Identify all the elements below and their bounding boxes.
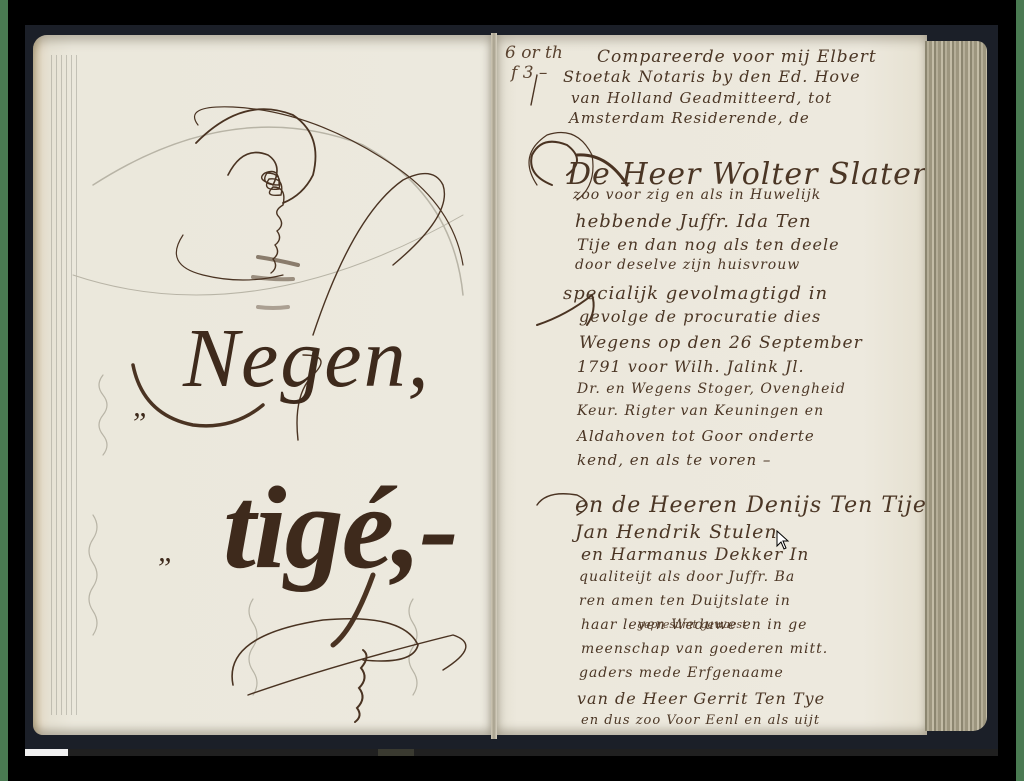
manuscript-line: Aldahoven tot Goor onderte: [577, 427, 815, 445]
manuscript-line: meenschap van goederen mitt.: [581, 641, 828, 657]
manuscript-line: gevolge de procuratie dies: [579, 307, 821, 326]
manuscript-line: Keur. Rigter van Keuningen en: [577, 403, 824, 419]
left-page: Negen, tigé,- „ „: [33, 35, 491, 735]
manuscript-line: Wegens op den 26 September: [579, 333, 863, 353]
thumbnail-strip[interactable]: [25, 749, 998, 756]
manuscript-line: Stoetak Notaris by den Ed. Hove: [563, 67, 861, 86]
open-book-scan: Negen, tigé,- „ „ 6 or th f 3 – Comparee…: [33, 33, 998, 741]
manuscript-line: Dr. en Wegens Stoger, Ovengheid: [577, 381, 846, 397]
quote-mark-upper: „: [133, 390, 150, 424]
right-page: 6 or th f 3 – Compareerde voor mij Elber…: [497, 35, 927, 735]
manuscript-line: Tije en dan nog als ten deele: [577, 235, 840, 254]
manuscript-line: van Holland Geadmitteerd, tot: [571, 89, 832, 107]
manuscript-line: specialijk gevolmagtigd in: [563, 283, 828, 304]
calligraphy-tig: tigé,-: [223, 460, 457, 596]
quote-mark-lower: „: [158, 535, 175, 569]
manuscript-line: Jan Hendrik Stulen: [575, 521, 778, 543]
manuscript-line: en dus zoo Voor Eenl en als uijt: [581, 713, 820, 728]
manuscript-line: qualiteijt als door Juffr. Ba: [579, 569, 795, 585]
page-edges-block: [925, 41, 987, 731]
calligraphy-negen: Negen,: [183, 310, 431, 407]
viewer-edge-strip-left: [0, 0, 8, 781]
manuscript-line: kend, en als te voren –: [577, 451, 771, 469]
thumbnail-active-indicator[interactable]: [25, 749, 68, 756]
mouse-cursor-icon: [776, 530, 790, 550]
manuscript-line: Amsterdam Residerende, de: [569, 109, 810, 127]
manuscript-line: van de Heer Gerrit Ten Tye: [577, 689, 825, 708]
manuscript-line: gaders mede Erfgenaame: [579, 665, 784, 681]
manuscript-line: hebbende Juffr. Ida Ten: [575, 211, 812, 232]
thumbnail-marker[interactable]: [378, 749, 414, 756]
interlinear-note: gepresumt gewaest: [637, 618, 747, 631]
image-viewport[interactable]: Negen, tigé,- „ „ 6 or th f 3 – Comparee…: [25, 25, 998, 749]
manuscript-line: ren amen ten Duijtslate in: [579, 593, 791, 609]
manuscript-line: zoo voor zig en als in Huwelijk: [573, 187, 821, 203]
manuscript-line: door deselve zijn huisvrouw: [575, 257, 800, 273]
manuscript-line: en de Heeren Denijs Ten Tije: [575, 493, 927, 518]
manuscript-line: Compareerde voor mij Elbert: [597, 47, 877, 67]
viewer-edge-strip-right: [1016, 0, 1024, 781]
manuscript-line: 1791 voor Wilh. Jalink Jl.: [577, 357, 805, 376]
